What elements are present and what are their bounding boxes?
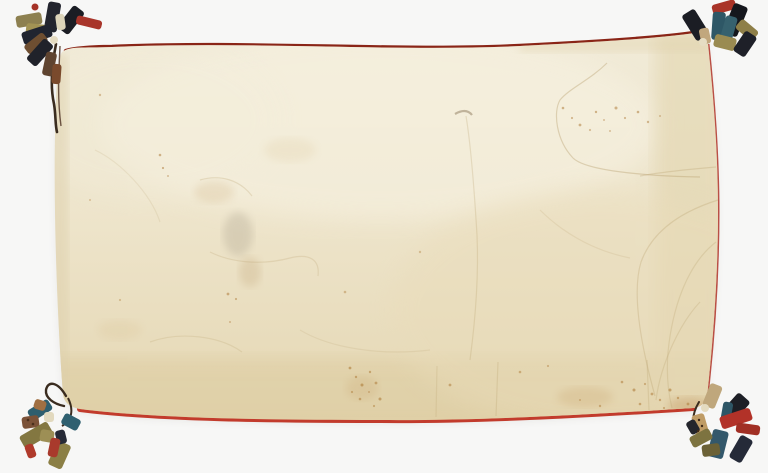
- pattern-dot: [697, 430, 699, 432]
- cushion: [15, 0, 768, 470]
- pattern-dot: [32, 423, 35, 426]
- gather-knot: [50, 36, 58, 44]
- pattern-dot: [698, 419, 700, 421]
- gather-knot: [701, 404, 709, 412]
- cushion-photo: [0, 0, 768, 473]
- photograph: [0, 0, 768, 473]
- red-bead: [32, 4, 39, 11]
- pattern-dot: [701, 425, 703, 427]
- gather-knot: [699, 38, 707, 46]
- pattern-dot: [27, 419, 30, 422]
